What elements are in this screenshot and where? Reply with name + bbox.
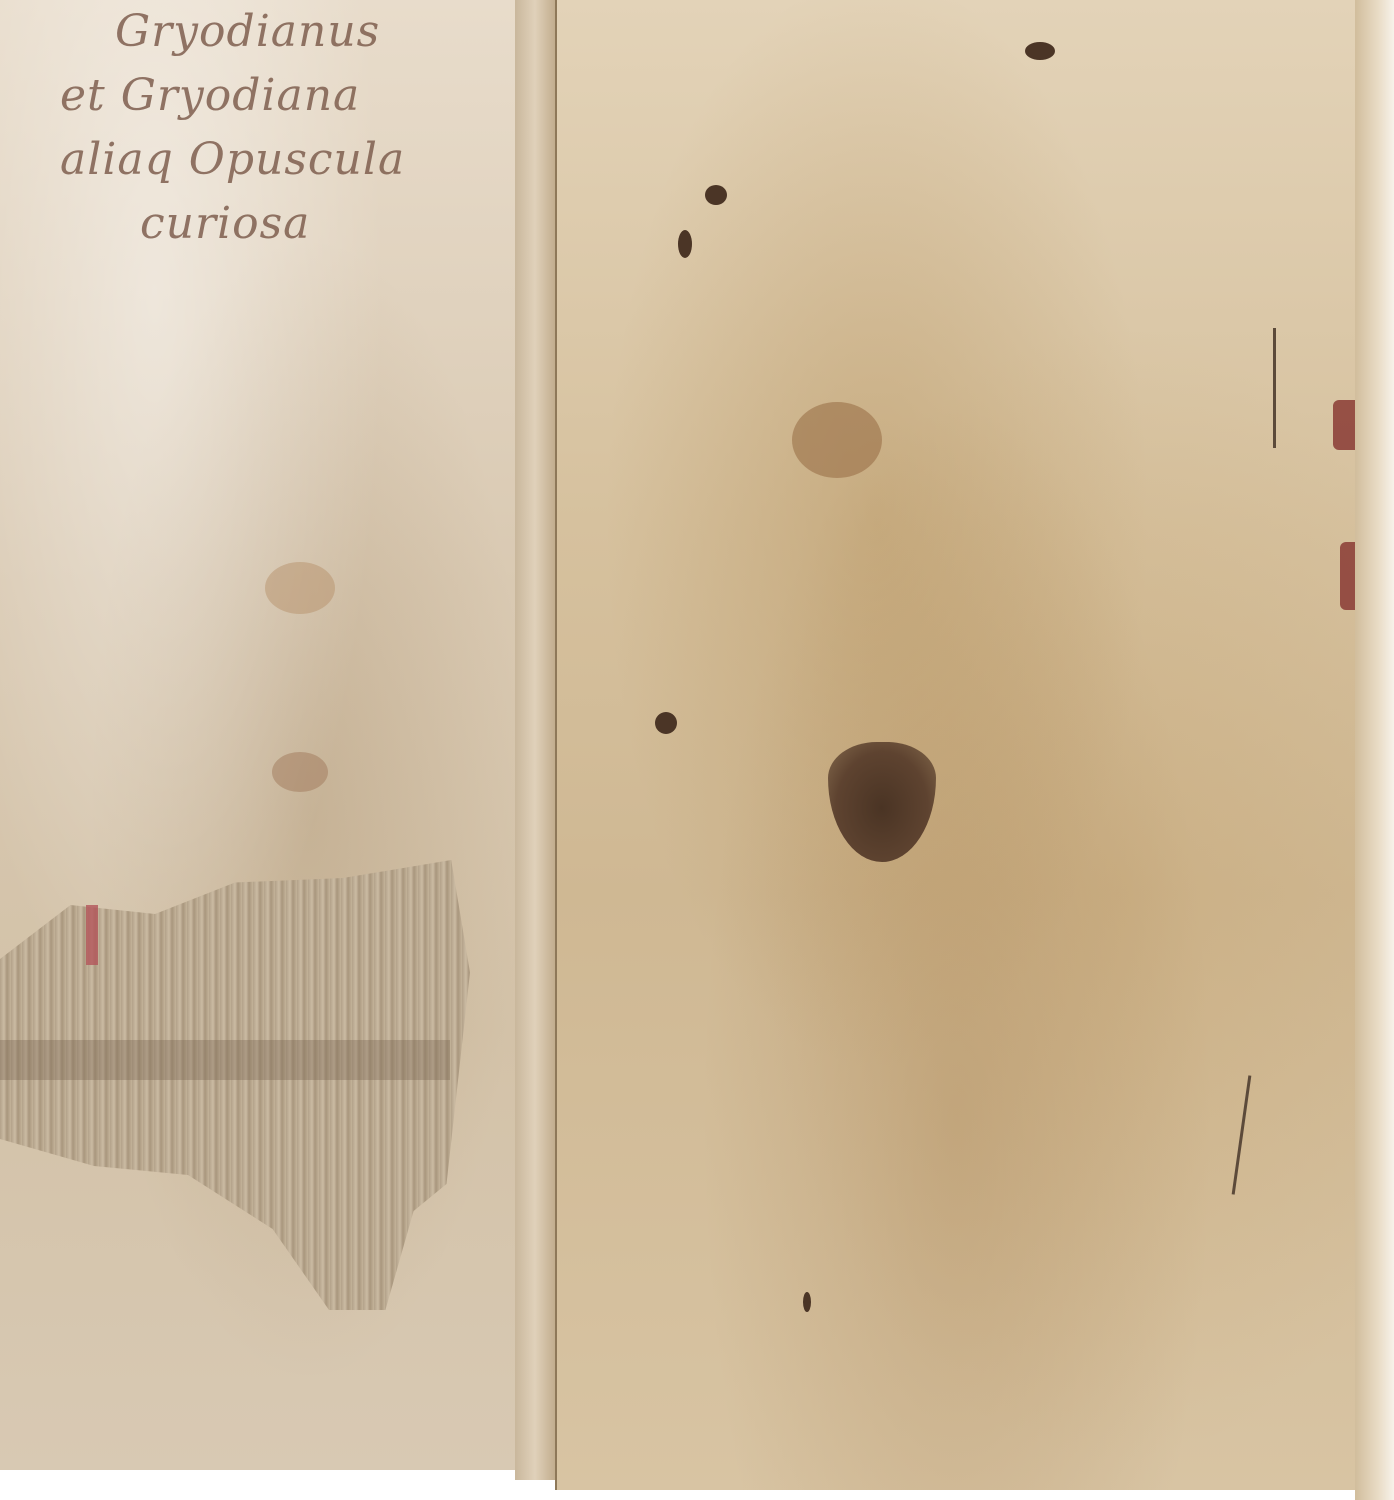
red-edge-mark <box>86 905 98 965</box>
stain <box>272 752 328 792</box>
inscription-line-3: aliaq Opuscula <box>60 128 500 192</box>
back-cover-panel: Gryodianus et Gryodiana aliaq Opuscula c… <box>0 0 517 1470</box>
hole <box>803 1292 811 1312</box>
tie-slit <box>1273 328 1276 448</box>
hole <box>705 185 727 205</box>
sewing-band <box>0 1040 450 1080</box>
stain <box>792 402 882 478</box>
torn-exposed-text-block <box>0 860 470 1310</box>
book-binding-photo: Gryodianus et Gryodiana aliaq Opuscula c… <box>0 0 1394 1500</box>
hole <box>678 230 692 258</box>
spine-inscription: Gryodianus et Gryodiana aliaq Opuscula c… <box>60 0 500 256</box>
fore-edge <box>1355 0 1394 1500</box>
hole <box>655 712 677 734</box>
inscription-line-2: et Gryodiana <box>60 64 500 128</box>
inscription-line-1: Gryodianus <box>115 0 500 64</box>
stain <box>265 562 335 614</box>
inscription-line-4: curiosa <box>140 192 500 256</box>
front-cover-panel <box>555 0 1357 1490</box>
spine-fold <box>515 0 555 1480</box>
hole <box>1025 42 1055 60</box>
